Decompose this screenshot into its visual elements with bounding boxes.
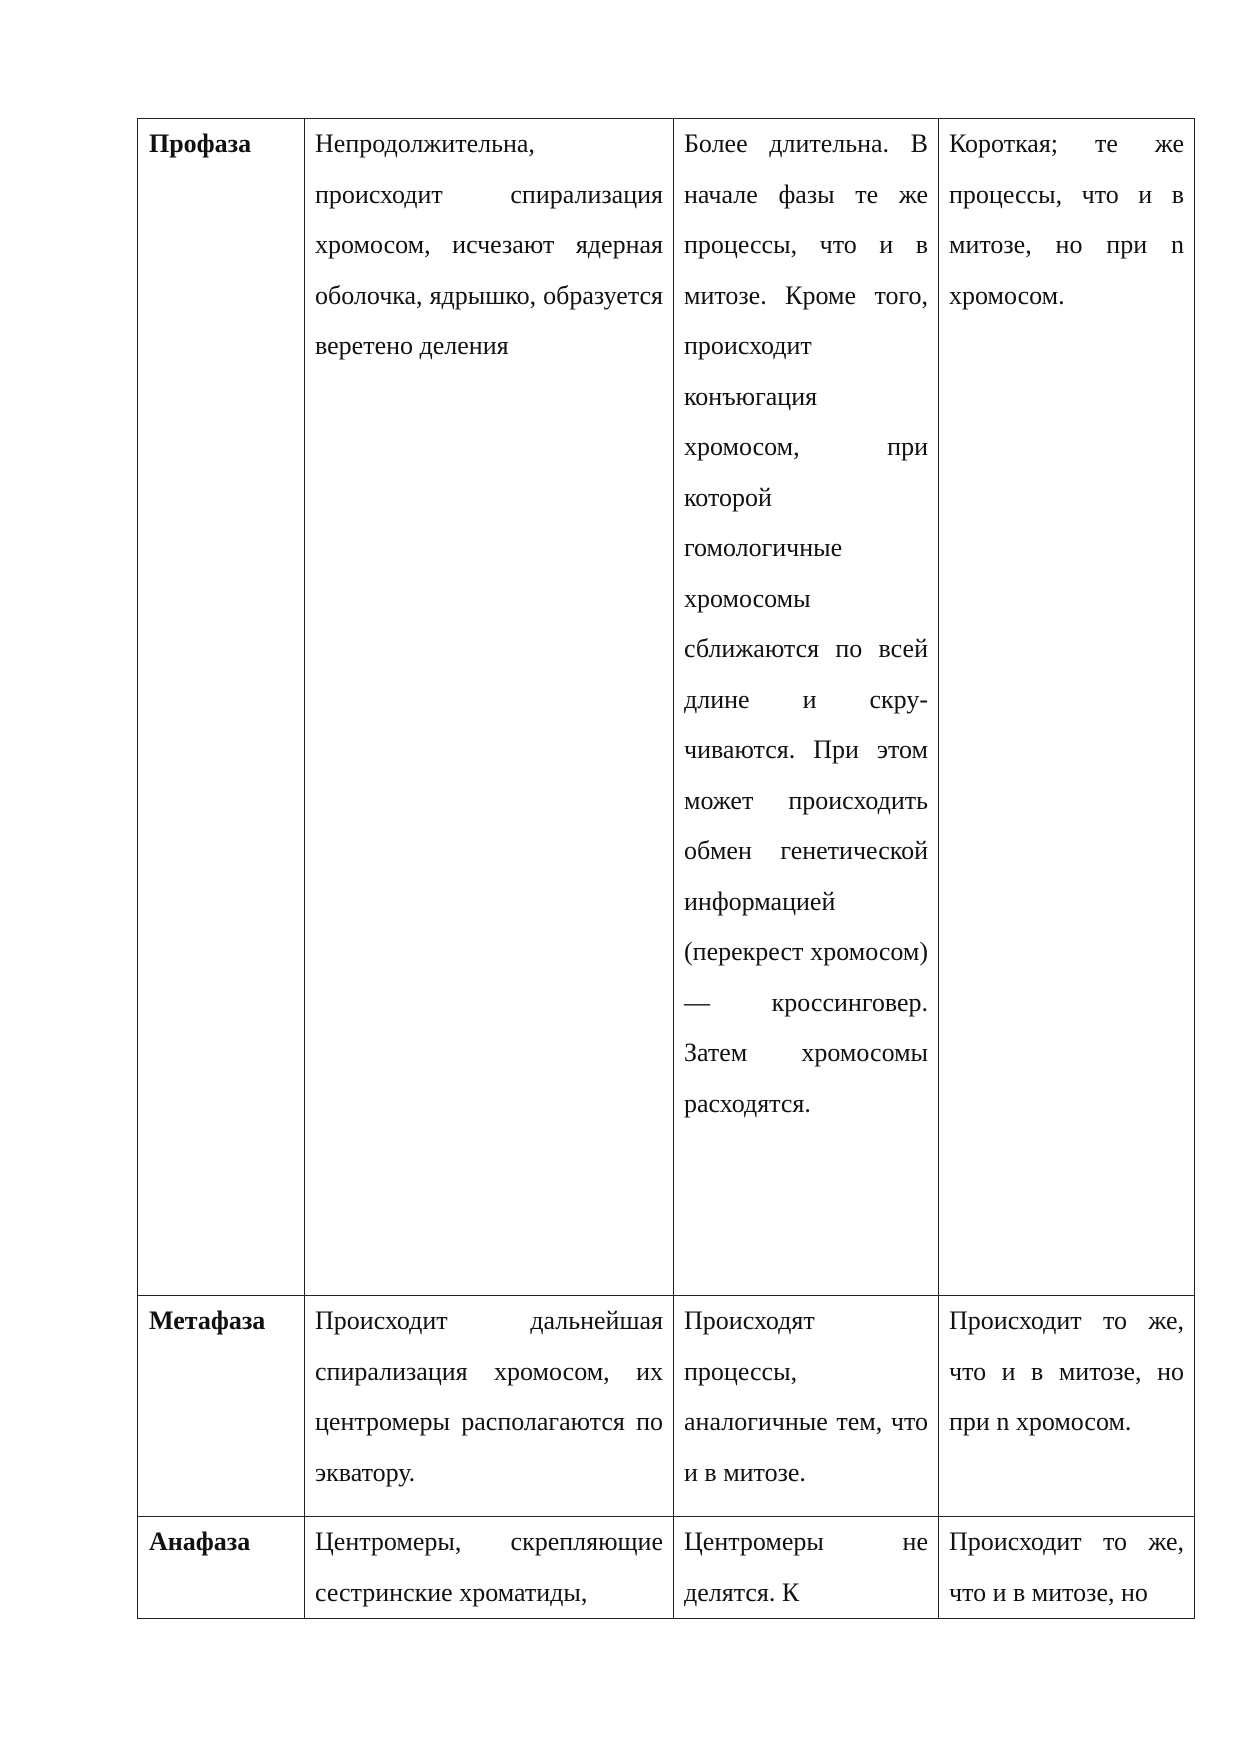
mitosis-description: Непродолжительна, происходит спирализаци… [315, 119, 663, 372]
mitosis-cell: Происходит дальнейшая спирализация хромо… [305, 1296, 674, 1517]
meiosis-first-description: Происходят процессы, аналогичные тем, чт… [684, 1296, 928, 1498]
phase-name: Метафаза [149, 1296, 294, 1347]
meiosis-first-description: Более длительна. В начале фазы те же про… [684, 119, 928, 1129]
meiosis-second-division-cell: Происходит то же, что и в митозе, но [939, 1517, 1195, 1619]
meiosis-second-description: Происходит то же, что и в митозе, но [949, 1517, 1184, 1618]
mitosis-cell: Непродолжительна, происходит спирализаци… [305, 119, 674, 1296]
mitosis-description: Центромеры, скрепляющие сестринские хром… [315, 1517, 663, 1618]
table-row-metaphase: Метафаза Происходит дальнейшая спирализа… [138, 1296, 1195, 1517]
meiosis-first-division-cell: Центромеры не делятся. К [674, 1517, 939, 1619]
meiosis-second-description: Короткая; те же процессы, что и в митозе… [949, 119, 1184, 321]
phase-name-cell: Профаза [138, 119, 305, 1296]
cell-division-phases-table: Профаза Непродолжительна, происходит спи… [137, 118, 1195, 1619]
document-page: Профаза Непродолжительна, происходит спи… [0, 0, 1241, 1755]
meiosis-second-description: Происходит то же, что и в митозе, но при… [949, 1296, 1184, 1448]
phase-name: Анафаза [149, 1517, 294, 1568]
meiosis-second-division-cell: Короткая; те же процессы, что и в митозе… [939, 119, 1195, 1296]
meiosis-first-description: Центромеры не делятся. К [684, 1517, 928, 1618]
phase-name: Профаза [149, 119, 294, 170]
mitosis-description: Происходит дальнейшая спирализация хромо… [315, 1296, 663, 1498]
phase-name-cell: Анафаза [138, 1517, 305, 1619]
table-row-prophase: Профаза Непродолжительна, происходит спи… [138, 119, 1195, 1296]
table-row-anaphase: Анафаза Центромеры, скрепляющие сестринс… [138, 1517, 1195, 1619]
meiosis-second-division-cell: Происходит то же, что и в митозе, но при… [939, 1296, 1195, 1517]
meiosis-first-division-cell: Более длительна. В начале фазы те же про… [674, 119, 939, 1296]
phase-name-cell: Метафаза [138, 1296, 305, 1517]
mitosis-cell: Центромеры, скрепляющие сестринские хром… [305, 1517, 674, 1619]
meiosis-first-division-cell: Происходят процессы, аналогичные тем, чт… [674, 1296, 939, 1517]
